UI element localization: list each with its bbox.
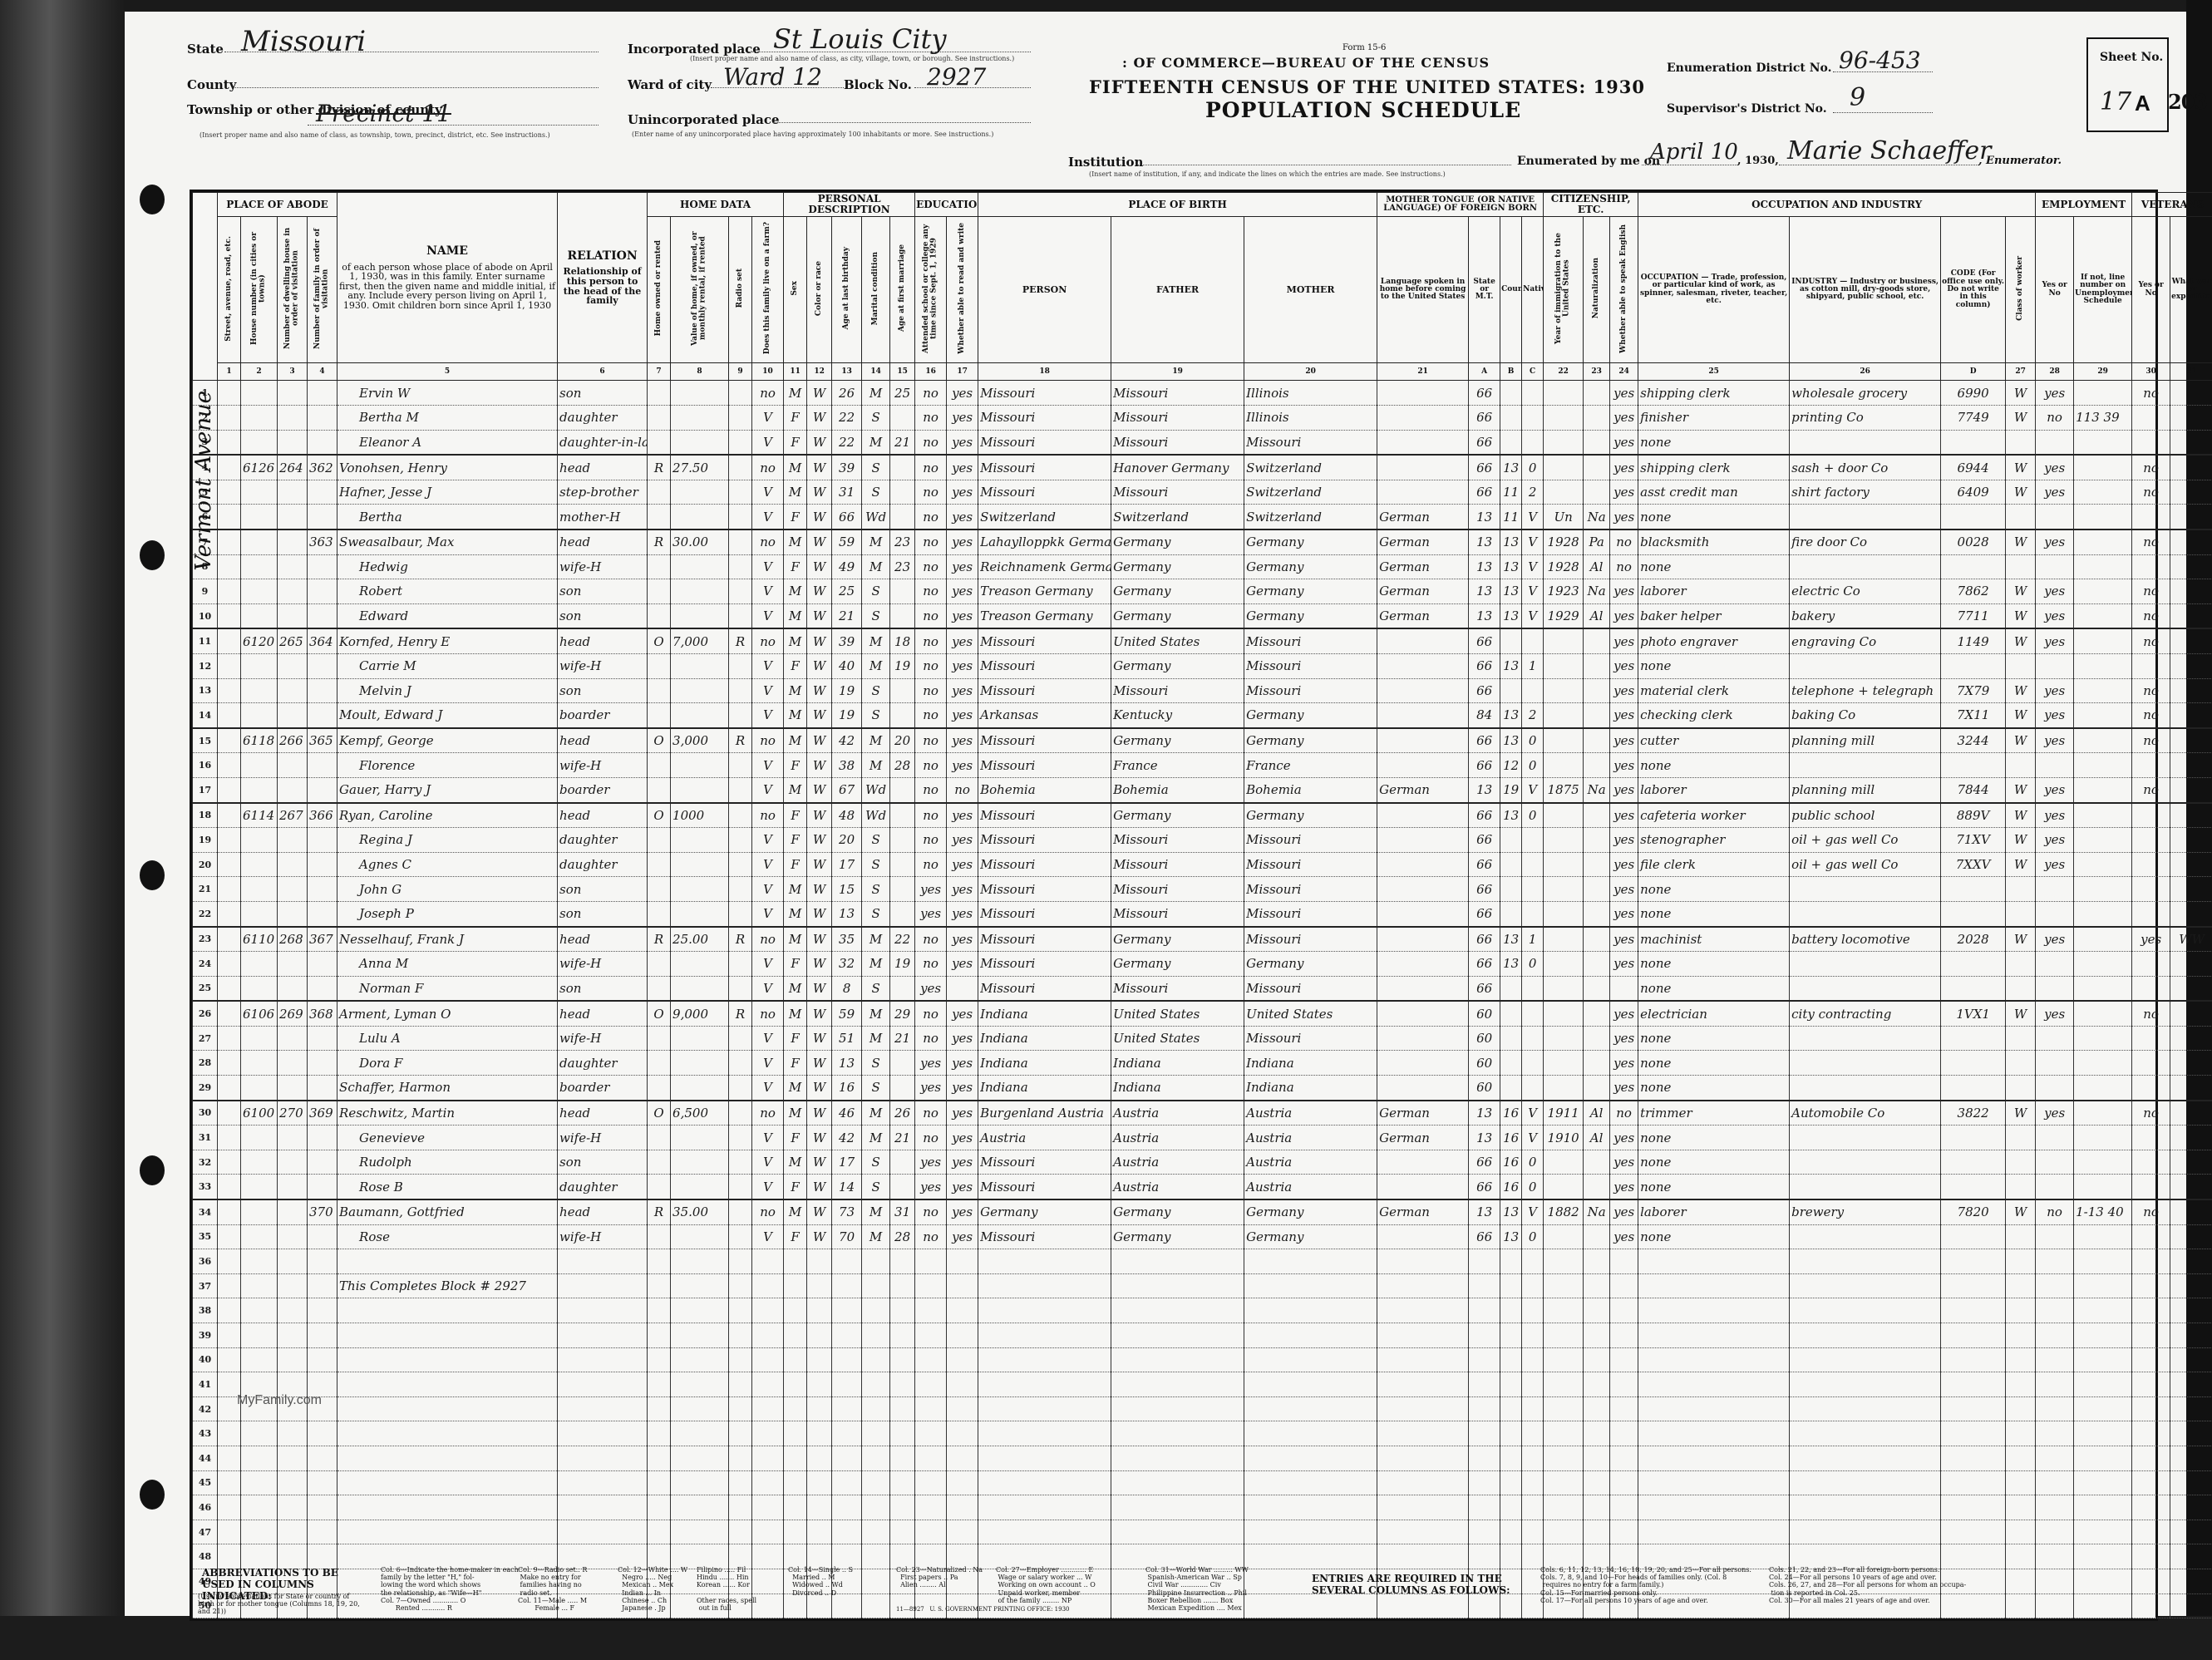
cell-code-b: 13	[1500, 653, 1522, 678]
cell-immigration	[1544, 1396, 1584, 1421]
column-number: 3	[278, 363, 308, 381]
cell-value	[671, 430, 729, 455]
cell-relation: wife-H	[558, 653, 648, 678]
cell-house	[241, 703, 278, 728]
cell-race: W	[807, 901, 832, 926]
cell-occupation: cafeteria worker	[1638, 803, 1790, 828]
cell-sex: M	[784, 530, 807, 554]
cell-occupation	[1638, 1396, 1790, 1421]
cell-veteran	[2132, 1051, 2170, 1076]
cell-class	[2006, 1470, 2036, 1495]
column-29-header: If not, line number on Unemployment Sche…	[2074, 217, 2132, 363]
cell-war	[2170, 828, 2212, 853]
cell-immigration	[1544, 1273, 1584, 1298]
cell-farm: V	[752, 1224, 784, 1249]
cell-veteran	[2132, 1372, 2170, 1397]
cell-relation	[558, 1298, 648, 1323]
cell-occupation: none	[1638, 952, 1790, 977]
cell-read: yes	[947, 1224, 978, 1249]
cell-family	[308, 1298, 337, 1323]
line-number: 15	[193, 728, 218, 753]
cell-veteran: no	[2132, 480, 2170, 505]
cell-code-b	[1500, 1273, 1522, 1298]
cell-code-b	[1500, 1001, 1522, 1026]
cell-code-a: 66	[1469, 381, 1500, 406]
cell-english: yes	[1610, 579, 1638, 604]
cell-birth-father: Germany	[1111, 554, 1244, 579]
cell-class: W	[2006, 579, 2036, 604]
cell-class	[2006, 976, 2036, 1001]
cell-owned	[648, 554, 671, 579]
cell-birth-father: Missouri	[1111, 678, 1244, 703]
cell-unemp	[2074, 430, 2132, 455]
cell-occupation: checking clerk	[1638, 703, 1790, 728]
cell-immigration: 1882	[1544, 1199, 1584, 1224]
relation-heading: RELATION	[559, 250, 646, 263]
cell-birth-mother: Austria	[1244, 1175, 1377, 1199]
column-label: Country	[1501, 285, 1522, 293]
cell-marital: Wd	[862, 505, 890, 530]
cell-farm	[752, 1421, 784, 1446]
cell-marital: S	[862, 976, 890, 1001]
column-22-header: Year of immigration to the United States	[1544, 217, 1584, 363]
cell-age-marriage: 23	[890, 554, 915, 579]
cell-sex: F	[784, 1175, 807, 1199]
cell-read: yes	[947, 1126, 978, 1150]
cell-code-b	[1500, 1323, 1522, 1348]
cell-unemp	[2074, 1175, 2132, 1199]
cell-occupation	[1638, 1446, 1790, 1470]
column-number: 4	[308, 363, 337, 381]
cell-birth-mother: Indiana	[1244, 1051, 1377, 1076]
cell-unemp	[2074, 1298, 2132, 1323]
cell-war	[2170, 678, 2212, 703]
cell-birth-father: Missouri	[1111, 430, 1244, 455]
cell-school: yes	[915, 1150, 947, 1175]
cell-relation	[558, 1347, 648, 1372]
cell-language	[1377, 901, 1469, 926]
cell-language	[1377, 703, 1469, 728]
cell-code-a	[1469, 1421, 1500, 1446]
sheet-number-box: Sheet No. 17 A	[2086, 37, 2169, 132]
cell-value	[671, 1421, 729, 1446]
cell-veteran	[2132, 828, 2170, 853]
cell-birth-father: Germany	[1111, 952, 1244, 977]
cell-code-d	[1941, 952, 2006, 977]
supervisor-line	[1833, 112, 1933, 113]
cell-school: no	[915, 381, 947, 406]
cell-race: W	[807, 728, 832, 753]
cell-birth-mother: Germany	[1244, 803, 1377, 828]
cell-work: yes	[2036, 381, 2074, 406]
cell-birth-father: Missouri	[1111, 480, 1244, 505]
cell-immigration	[1544, 1051, 1584, 1076]
cell-occupation: electrician	[1638, 1001, 1790, 1026]
cell-relation: son	[558, 1150, 648, 1175]
cell-english	[1610, 1273, 1638, 1298]
cell-war	[2170, 1001, 2212, 1026]
cell-race: W	[807, 628, 832, 653]
cell-code-a	[1469, 1298, 1500, 1323]
street-cell	[218, 1298, 241, 1323]
cell-war	[2170, 1026, 2212, 1051]
cell-immigration	[1544, 803, 1584, 828]
cell-family	[308, 753, 337, 778]
cell-dwelling	[278, 1421, 308, 1446]
cell-farm: no	[752, 728, 784, 753]
cell-veteran	[2132, 1026, 2170, 1051]
table-row: 116120265364Kornfed, Henry EheadO7,000Rn…	[193, 628, 2212, 653]
group-citizenship: CITIZENSHIP, ETC.	[1544, 193, 1638, 217]
cell-age-marriage	[890, 828, 915, 853]
cell-language: German	[1377, 777, 1469, 802]
cell-unemp	[2074, 1446, 2132, 1470]
cell-language	[1377, 1076, 1469, 1101]
cell-unemp: 1-13 40	[2074, 1199, 2132, 1224]
cell-family	[308, 1470, 337, 1495]
cell-english: yes	[1610, 877, 1638, 902]
cell-birth-mother	[1244, 1421, 1377, 1446]
cell-farm	[752, 1323, 784, 1348]
table-row: 186114267366Ryan, CarolineheadO1000noFW4…	[193, 803, 2212, 828]
cell-age: 35	[832, 927, 862, 952]
table-row: 4040	[193, 1347, 2212, 1372]
cell-dwelling	[278, 1175, 308, 1199]
cell-unemp	[2074, 703, 2132, 728]
cell-family	[308, 901, 337, 926]
cell-work	[2036, 1224, 2074, 1249]
supervisor-value: 9	[1850, 83, 1865, 112]
cell-house	[241, 1446, 278, 1470]
line-number: 44	[193, 1446, 218, 1470]
cell-sex	[784, 1347, 807, 1372]
cell-read	[947, 1520, 978, 1544]
cell-radio	[729, 1249, 752, 1274]
ward-value: Ward 12	[723, 63, 822, 91]
column-26-header: INDUSTRY — Industry or business, as cott…	[1790, 217, 1941, 363]
cell-language: German	[1377, 603, 1469, 628]
cell-war	[2170, 1544, 2212, 1569]
cell-sex	[784, 1446, 807, 1470]
cell-dwelling	[278, 828, 308, 853]
cell-code-b: 13	[1500, 927, 1522, 952]
column-number: 21	[1377, 363, 1469, 381]
cell-birth-mother: Missouri	[1244, 976, 1377, 1001]
cell-birth-mother: Missouri	[1244, 678, 1377, 703]
cell-dwelling	[278, 603, 308, 628]
cell-value	[671, 1470, 729, 1495]
cell-age	[832, 1495, 862, 1520]
cell-value	[671, 678, 729, 703]
cell-race: W	[807, 455, 832, 480]
cell-school: no	[915, 777, 947, 802]
cell-owned	[648, 976, 671, 1001]
cell-name: Baumann, Gottfried	[337, 1199, 558, 1224]
cell-name	[337, 1323, 558, 1348]
cell-code-c	[1522, 678, 1544, 703]
cell-value: 27.50	[671, 455, 729, 480]
street-cell	[218, 777, 241, 802]
cell-name	[337, 1495, 558, 1520]
cell-age: 15	[832, 877, 862, 902]
cell-english: yes	[1610, 406, 1638, 431]
form-footer: ABBREVIATIONS TO BE USED IN COLUMNS INDI…	[190, 1564, 2153, 1614]
cell-school	[915, 1520, 947, 1544]
cell-house: 6126	[241, 455, 278, 480]
cell-code-d: 7X11	[1941, 703, 2006, 728]
cell-code-d	[1941, 976, 2006, 1001]
cell-radio	[729, 1298, 752, 1323]
column-28-header: Yes or No	[2036, 217, 2074, 363]
cell-immigration	[1544, 1150, 1584, 1175]
cell-language	[1377, 877, 1469, 902]
cell-industry	[1790, 1495, 1941, 1520]
column-15-header: Age at first marriage	[890, 217, 915, 363]
cell-unemp	[2074, 952, 2132, 977]
cell-farm: V	[752, 430, 784, 455]
cell-house	[241, 1249, 278, 1274]
cell-race: W	[807, 1199, 832, 1224]
cell-class: W	[2006, 381, 2036, 406]
corner-stamp-number: 203	[2168, 90, 2207, 114]
cell-family: 370	[308, 1199, 337, 1224]
cell-code-b: 13	[1500, 803, 1522, 828]
cell-birth-mother	[1244, 1298, 1377, 1323]
cell-dwelling	[278, 678, 308, 703]
cell-class	[2006, 505, 2036, 530]
cell-relation: wife-H	[558, 753, 648, 778]
cell-family: 367	[308, 927, 337, 952]
cell-radio	[729, 480, 752, 505]
cell-sex: F	[784, 430, 807, 455]
sheet-label: Sheet No.	[2100, 51, 2163, 64]
column-25-header: OCCUPATION — Trade, profession, or parti…	[1638, 217, 1790, 363]
cell-race: W	[807, 653, 832, 678]
cell-code-d	[1941, 1323, 2006, 1348]
cell-code-b: 16	[1500, 1175, 1522, 1199]
cell-code-a: 66	[1469, 628, 1500, 653]
cell-name: Ryan, Caroline	[337, 803, 558, 828]
column-label: Attended school or college any time sinc…	[923, 218, 938, 359]
cell-sex: F	[784, 852, 807, 877]
cell-house	[241, 1126, 278, 1150]
cell-owned: R	[648, 455, 671, 480]
cell-unemp	[2074, 628, 2132, 653]
cell-birth-father: Austria	[1111, 1126, 1244, 1150]
cell-code-b	[1500, 678, 1522, 703]
cell-race: W	[807, 406, 832, 431]
cell-birth-person: Missouri	[978, 803, 1111, 828]
cell-name: Carrie M	[337, 653, 558, 678]
cell-race: W	[807, 1051, 832, 1076]
cell-age-marriage: 28	[890, 753, 915, 778]
cell-code-d	[1941, 901, 2006, 926]
cell-industry: sash + door Co	[1790, 455, 1941, 480]
cell-birth-mother	[1244, 1520, 1377, 1544]
cell-dwelling	[278, 579, 308, 604]
cell-owned	[648, 1026, 671, 1051]
cell-immigration: 1928	[1544, 530, 1584, 554]
group-personal-description: PERSONAL DESCRIPTION	[784, 193, 915, 217]
table-row: 33Rose BdaughterVFW14SyesyesMissouriAust…	[193, 1175, 2212, 1199]
cell-code-d: 1149	[1941, 628, 2006, 653]
cell-immigration	[1544, 828, 1584, 853]
cell-birth-person: Missouri	[978, 1175, 1111, 1199]
cell-language	[1377, 1051, 1469, 1076]
cell-house	[241, 603, 278, 628]
cell-name	[337, 1470, 558, 1495]
cell-code-a: 66	[1469, 877, 1500, 902]
cell-class: W	[2006, 678, 2036, 703]
cell-language	[1377, 1249, 1469, 1274]
column-label: Home owned or rented	[655, 240, 663, 336]
cell-code-c: 0	[1522, 455, 1544, 480]
cell-age: 22	[832, 430, 862, 455]
cell-value	[671, 852, 729, 877]
cell-owned	[648, 852, 671, 877]
cell-owned	[648, 1175, 671, 1199]
cell-house	[241, 1421, 278, 1446]
cell-naturalization	[1584, 952, 1610, 977]
cell-value	[671, 480, 729, 505]
cell-industry: fire door Co	[1790, 530, 1941, 554]
cell-code-b	[1500, 1249, 1522, 1274]
cell-house	[241, 430, 278, 455]
cell-code-d	[1941, 1026, 2006, 1051]
street-cell	[218, 877, 241, 902]
cell-war	[2170, 1446, 2212, 1470]
cell-read	[947, 1372, 978, 1397]
cell-age-marriage: 21	[890, 430, 915, 455]
cell-english: no	[1610, 1101, 1638, 1126]
cell-birth-mother: Switzerland	[1244, 505, 1377, 530]
cell-owned	[648, 1446, 671, 1470]
cell-occupation: laborer	[1638, 1199, 1790, 1224]
cell-occupation: material clerk	[1638, 678, 1790, 703]
line-number: 18	[193, 803, 218, 828]
cell-language	[1377, 828, 1469, 853]
cell-industry	[1790, 1372, 1941, 1397]
cell-naturalization: Na	[1584, 1199, 1610, 1224]
cell-code-a: 60	[1469, 1001, 1500, 1026]
cell-birth-person	[978, 1372, 1111, 1397]
cell-occupation	[1638, 1495, 1790, 1520]
cell-age: 13	[832, 1051, 862, 1076]
cell-code-c: V	[1522, 777, 1544, 802]
cell-read: yes	[947, 952, 978, 977]
cell-relation: wife-H	[558, 1026, 648, 1051]
cell-farm: V	[752, 901, 784, 926]
cell-house	[241, 852, 278, 877]
enumerated-date: April 10	[1650, 140, 1738, 165]
cell-name: Arment, Lyman O	[337, 1001, 558, 1026]
cell-radio	[729, 828, 752, 853]
cell-birth-person: Indiana	[978, 1051, 1111, 1076]
cell-language	[1377, 1273, 1469, 1298]
cell-radio	[729, 901, 752, 926]
cell-language: German	[1377, 530, 1469, 554]
cell-occupation: none	[1638, 1150, 1790, 1175]
sheet-value: 17	[2100, 87, 2131, 116]
cell-industry	[1790, 1126, 1941, 1150]
cell-read: yes	[947, 628, 978, 653]
cell-work: no	[2036, 406, 2074, 431]
cell-school: no	[915, 406, 947, 431]
cell-race	[807, 1273, 832, 1298]
cell-read	[947, 1249, 978, 1274]
cell-sex: M	[784, 976, 807, 1001]
table-row: 22Joseph PsonVMW13SyesyesMissouriMissour…	[193, 901, 2212, 926]
cell-relation: head	[558, 628, 648, 653]
cell-naturalization	[1584, 480, 1610, 505]
cell-english	[1610, 1396, 1638, 1421]
cell-age-marriage	[890, 1372, 915, 1397]
cell-name	[337, 1446, 558, 1470]
cell-farm: V	[752, 952, 784, 977]
cell-class	[2006, 1175, 2036, 1199]
table-row: 20Agnes CdaughterVFW17SnoyesMissouriMiss…	[193, 852, 2212, 877]
cell-naturalization: Na	[1584, 579, 1610, 604]
cell-code-d	[1941, 1249, 2006, 1274]
cell-unemp	[2074, 1396, 2132, 1421]
cell-family: 369	[308, 1101, 337, 1126]
cell-age: 66	[832, 505, 862, 530]
cell-name: Hafner, Jesse J	[337, 480, 558, 505]
cell-farm: V	[752, 976, 784, 1001]
cell-code-b	[1500, 1446, 1522, 1470]
cell-name: Nesselhauf, Frank J	[337, 927, 558, 952]
cell-veteran: no	[2132, 603, 2170, 628]
cell-value: 1000	[671, 803, 729, 828]
cell-english: yes	[1610, 381, 1638, 406]
cell-birth-person	[978, 1273, 1111, 1298]
column-24-header: Whether able to speak English	[1610, 217, 1638, 363]
cell-value	[671, 1372, 729, 1397]
table-row: 6Berthamother-HVFW66WdnoyesSwitzerlandSw…	[193, 505, 2212, 530]
cell-family	[308, 1026, 337, 1051]
table-row: 9RobertsonVMW25SnoyesTreason GermanyGerm…	[193, 579, 2212, 604]
cell-war	[2170, 1199, 2212, 1224]
cell-owned	[648, 703, 671, 728]
cell-farm	[752, 1520, 784, 1544]
cell-naturalization: Pa	[1584, 530, 1610, 554]
cell-name: Reschwitz, Martin	[337, 1101, 558, 1126]
cell-radio	[729, 381, 752, 406]
cell-sex	[784, 1421, 807, 1446]
cell-unemp	[2074, 579, 2132, 604]
cell-sex	[784, 1323, 807, 1348]
street-cell	[218, 1224, 241, 1249]
cell-industry: battery locomotive	[1790, 927, 1941, 952]
cell-dwelling	[278, 1026, 308, 1051]
column-number: 23	[1584, 363, 1610, 381]
group-employment: EMPLOYMENT	[2036, 193, 2132, 217]
county-label: County	[187, 77, 236, 92]
cell-code-c: 2	[1522, 703, 1544, 728]
cell-code-a: 13	[1469, 1101, 1500, 1126]
cell-relation: wife-H	[558, 952, 648, 977]
cell-english	[1610, 1249, 1638, 1274]
column-label: Age at first marriage	[899, 244, 906, 332]
cell-age-marriage	[890, 852, 915, 877]
cell-dwelling	[278, 1126, 308, 1150]
cell-radio: R	[729, 628, 752, 653]
column-label: FATHER	[1156, 284, 1199, 295]
cell-birth-person: Treason Germany	[978, 579, 1111, 604]
cell-family	[308, 1150, 337, 1175]
cell-family	[308, 952, 337, 977]
cell-english	[1610, 976, 1638, 1001]
